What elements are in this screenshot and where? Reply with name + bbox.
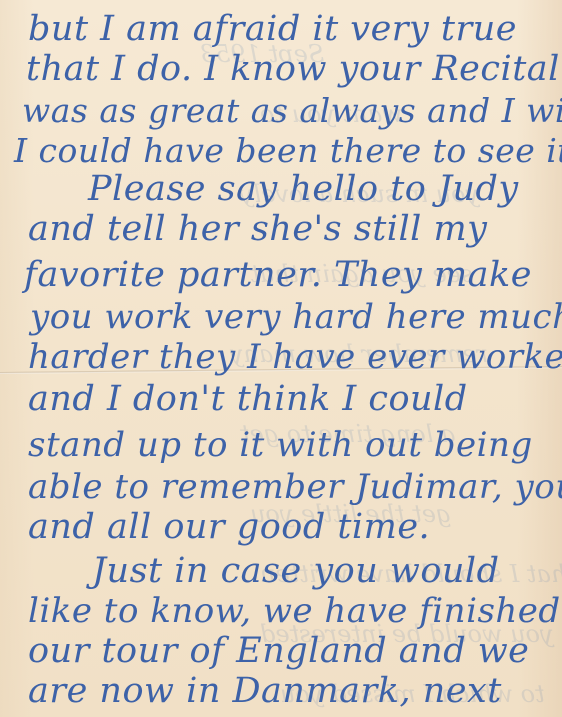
letter-line: able to remember Judimar, you — [28, 470, 562, 504]
letter-line: favorite partner. They make — [24, 258, 532, 293]
letter-line: and all our good time. — [28, 510, 430, 545]
letter-line: that I do. I know your Recital — [26, 52, 560, 87]
letter-line: I could have been there to see it. — [14, 134, 562, 167]
letter-line: Just in case you would — [92, 554, 500, 589]
letter-line: and I don't think I could — [28, 382, 468, 417]
letter-line: and tell her she's still my — [28, 212, 487, 247]
letter-line: our tour of England and we — [28, 634, 529, 669]
letter-line: but I am afraid it very true — [28, 12, 517, 47]
letter-page: Sept 1953 want you to you in such a love… — [0, 0, 562, 717]
letter-line: are now in Danmark, next — [28, 674, 502, 709]
letter-line: Please say hello to Judy — [88, 172, 519, 207]
letter-line: you work very hard here much — [30, 300, 562, 334]
letter-body: but I am afraid it very true that I do. … — [0, 0, 562, 717]
letter-line: stand up to it with out being — [28, 428, 533, 462]
letter-line: was as great as always and I wish — [22, 94, 562, 127]
letter-line: like to know, we have finished — [28, 594, 561, 628]
letter-line: harder they I have ever worked — [28, 340, 562, 374]
